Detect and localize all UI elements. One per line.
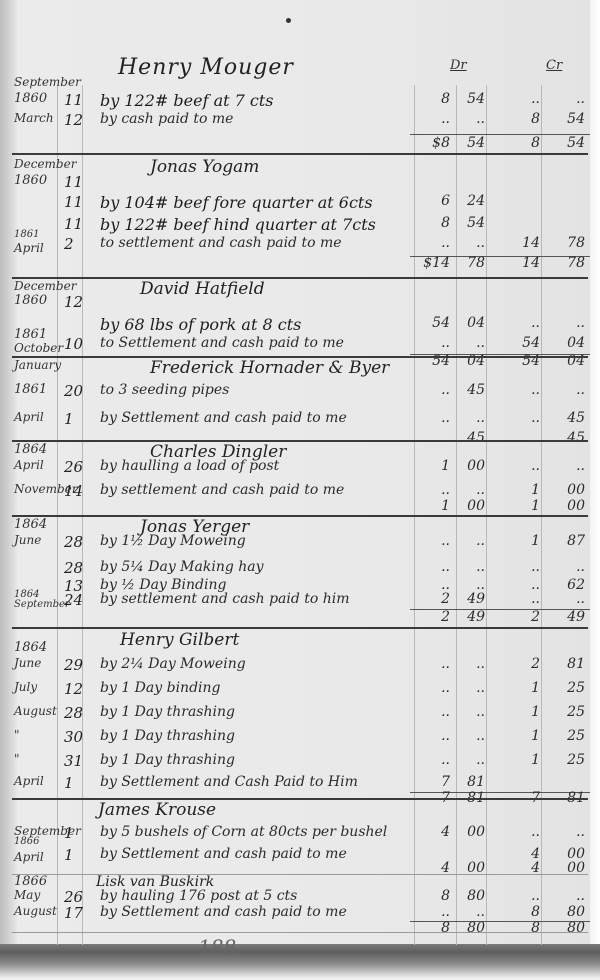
credit-cents: 54 — [545, 111, 585, 127]
debit-dollars: .. — [410, 410, 450, 426]
account-total: $14 78 14 78 — [0, 255, 600, 275]
credit-dollars: .. — [500, 91, 540, 107]
ledger-page-scan: Dr Cr Henry Mouger September 1860 11 by … — [0, 0, 600, 980]
entry-description: by settlement and cash paid to him — [100, 591, 350, 607]
total-credit-cents: 78 — [545, 255, 585, 271]
entry-description: to settlement and cash paid to me — [100, 235, 342, 251]
entry-day: 28 — [64, 704, 83, 722]
account-separator — [12, 153, 588, 155]
debit-cents: 00 — [445, 824, 485, 840]
debit-cents: .. — [445, 111, 485, 127]
debit-dollars: 8 — [410, 888, 450, 904]
credit-dollars: .. — [500, 591, 540, 607]
debit-cents: .. — [445, 410, 485, 426]
total-credit-cents: 49 — [545, 609, 585, 625]
credit-cents: 25 — [545, 704, 585, 720]
ledger-entry: 1860 12 — [0, 293, 600, 313]
credit-column-header: Cr — [546, 58, 562, 73]
ledger-entry: August 28 by 1 Day thrashing .. .. 1 25 — [0, 704, 600, 724]
entry-month: June — [14, 533, 41, 547]
total-debit-dollars: $14 — [410, 255, 450, 271]
credit-cents: 87 — [545, 533, 585, 549]
debit-dollars: .. — [410, 382, 450, 398]
debit-cents: .. — [445, 904, 485, 920]
credit-dollars: 14 — [500, 235, 540, 251]
entry-month: April — [14, 241, 44, 255]
debit-cents: .. — [445, 752, 485, 768]
credit-dollars: .. — [500, 559, 540, 575]
debit-dollars: .. — [410, 904, 450, 920]
credit-cents: 80 — [545, 904, 585, 920]
entry-day: 28 — [64, 559, 83, 577]
entry-description: by 1 Day thrashing — [100, 752, 235, 768]
ledger-entry: June 29 by 2¼ Day Moweing .. .. 2 81 — [0, 656, 600, 676]
ledger-entry: 1861 April 2 to settlement and cash paid… — [0, 235, 600, 255]
credit-dollars: 2 — [500, 656, 540, 672]
entry-description: by 5¼ Day Making hay — [100, 559, 264, 575]
entry-description: by 1 Day thrashing — [100, 728, 235, 744]
total-credit-dollars: 1 — [500, 498, 540, 514]
entry-day: 2 — [64, 235, 74, 253]
debit-dollars: .. — [410, 728, 450, 744]
ledger-entry: April 1 by Settlement and cash paid to m… — [0, 410, 600, 430]
ledger-entry: March 12 by cash paid to me .. .. 8 54 — [0, 111, 600, 131]
page-bottom-rule — [12, 932, 588, 933]
debit-column-header: Dr — [450, 58, 467, 73]
entry-month: " — [14, 728, 20, 742]
total-credit-cents: 54 — [545, 135, 585, 151]
credit-cents: 04 — [545, 335, 585, 351]
entry-day: 28 — [64, 533, 83, 551]
ledger-entry: by 68 lbs of pork at 8 cts 54 04 .. .. — [0, 315, 600, 335]
debit-dollars: 6 — [410, 193, 450, 209]
entry-day: 11 — [64, 215, 83, 233]
entry-day: 31 — [64, 752, 83, 770]
account-name: James Krouse — [98, 800, 216, 820]
entry-day: 11 — [64, 193, 83, 211]
debit-dollars: .. — [410, 533, 450, 549]
debit-cents: .. — [445, 680, 485, 696]
entry-month: April — [14, 410, 44, 424]
entry-month: January — [14, 358, 61, 372]
entry-month: December — [14, 279, 76, 293]
ledger-entry: 1860 11 by 122# beef at 7 cts 8 54 .. .. — [0, 91, 600, 111]
entry-description: by Settlement and cash paid to me — [100, 904, 347, 920]
credit-cents: .. — [545, 91, 585, 107]
entry-year: 1864 — [14, 640, 47, 655]
debit-cents: .. — [445, 335, 485, 351]
credit-dollars: 1 — [500, 728, 540, 744]
entry-description: by cash paid to me — [100, 111, 233, 127]
credit-cents: .. — [545, 591, 585, 607]
ledger-entry: 1860 11 — [0, 173, 600, 193]
debit-dollars: .. — [410, 111, 450, 127]
credit-cents: 25 — [545, 728, 585, 744]
debit-cents: 45 — [445, 382, 485, 398]
entry-description: by 104# beef fore quarter at 6cts — [100, 193, 373, 212]
total-debit-dollars: $8 — [410, 135, 450, 151]
total-credit-cents: 00 — [545, 498, 585, 514]
debit-dollars: .. — [410, 752, 450, 768]
ledger-entry: 1864 September 24 by settlement and cash… — [0, 591, 600, 611]
entry-month: December — [14, 157, 76, 171]
total-debit-dollars: 1 — [410, 498, 450, 514]
debit-cents: .. — [445, 728, 485, 744]
book-cover-edge — [0, 944, 600, 980]
credit-dollars: 54 — [500, 335, 540, 351]
total-credit-dollars: 2 — [500, 609, 540, 625]
debit-cents: 81 — [445, 774, 485, 790]
entry-description: by 68 lbs of pork at 8 cts — [100, 315, 301, 334]
entry-year: 1861 — [14, 229, 39, 240]
debit-cents: .. — [445, 482, 485, 498]
entry-day: 12 — [64, 111, 83, 129]
entry-day: 20 — [64, 382, 83, 400]
ledger-entry: July 12 by 1 Day binding .. .. 1 25 — [0, 680, 600, 700]
entry-day: 12 — [64, 293, 83, 311]
total-debit-cents: 80 — [445, 920, 485, 936]
entry-description: by 2¼ Day Moweing — [100, 656, 246, 672]
entry-year: 1860 — [14, 91, 47, 106]
credit-dollars: .. — [500, 410, 540, 426]
total-credit-cents: 80 — [545, 920, 585, 936]
debit-dollars: 8 — [410, 215, 450, 231]
total-debit-cents: 49 — [445, 609, 485, 625]
entry-description: by 1 Day binding — [100, 680, 220, 696]
total-credit-dollars: 14 — [500, 255, 540, 271]
debit-dollars: 2 — [410, 591, 450, 607]
page-number-mark: 188 — [198, 935, 236, 959]
ledger-entry: January — [0, 358, 600, 378]
entry-day: 1 — [64, 824, 74, 842]
total-debit-dollars: 2 — [410, 609, 450, 625]
ledger-entry: 28 by 5¼ Day Making hay .. .. .. .. — [0, 559, 600, 579]
ledger-entry: 1861 October 10 to Settlement and cash p… — [0, 335, 600, 355]
entry-description: by 1½ Day Moweing — [100, 533, 246, 549]
credit-cents: 81 — [545, 656, 585, 672]
total-debit-cents: 54 — [445, 135, 485, 151]
debit-dollars: .. — [410, 704, 450, 720]
debit-cents: 49 — [445, 591, 485, 607]
credit-dollars: .. — [500, 315, 540, 331]
credit-dollars: .. — [500, 382, 540, 398]
ledger-entry: June 28 by 1½ Day Moweing .. .. 1 87 — [0, 533, 600, 553]
entry-description: by Settlement and Cash Paid to Him — [100, 774, 358, 790]
entry-day: 10 — [64, 335, 83, 353]
debit-cents: .. — [445, 559, 485, 575]
entry-description: by 122# beef hind quarter at 7cts — [100, 215, 376, 234]
ledger-entry: 11 by 104# beef fore quarter at 6cts 6 2… — [0, 193, 600, 213]
entry-day: 30 — [64, 728, 83, 746]
credit-dollars: 1 — [500, 680, 540, 696]
debit-dollars: .. — [410, 559, 450, 575]
credit-cents: 25 — [545, 680, 585, 696]
entry-day: 12 — [64, 680, 83, 698]
account-total: 2 49 2 49 — [0, 609, 600, 629]
debit-cents: .. — [445, 533, 485, 549]
entry-year: 1866 — [14, 874, 47, 889]
entry-month: April — [14, 458, 44, 472]
entry-month: April — [14, 774, 44, 788]
credit-dollars: .. — [500, 888, 540, 904]
entry-month: March — [14, 111, 54, 125]
debit-cents: 04 — [445, 315, 485, 331]
ink-dot — [286, 18, 291, 23]
account-total: 8 80 8 80 — [0, 920, 600, 940]
credit-cents: .. — [545, 559, 585, 575]
entry-description: to Settlement and cash paid to me — [100, 335, 344, 351]
entry-year: 1864 — [14, 442, 47, 457]
debit-cents: .. — [445, 235, 485, 251]
credit-cents: 78 — [545, 235, 585, 251]
total-debit-cents: 00 — [445, 498, 485, 514]
debit-dollars: .. — [410, 235, 450, 251]
credit-dollars: 1 — [500, 752, 540, 768]
debit-dollars: 8 — [410, 91, 450, 107]
debit-dollars: .. — [410, 680, 450, 696]
entry-month: August — [14, 704, 57, 718]
total-credit-dollars: 8 — [500, 135, 540, 151]
debit-dollars: 7 — [410, 774, 450, 790]
entry-description: to 3 seeding pipes — [100, 382, 229, 398]
credit-cents: .. — [545, 824, 585, 840]
entry-day: 11 — [64, 91, 83, 109]
ledger-entry: " 31 by 1 Day thrashing .. .. 1 25 — [0, 752, 600, 772]
debit-cents: .. — [445, 656, 485, 672]
total-debit-cents: 78 — [445, 255, 485, 271]
total-credit-dollars: 8 — [500, 920, 540, 936]
entry-year: 1860 — [14, 173, 47, 188]
entry-month: " — [14, 752, 20, 766]
credit-cents: .. — [545, 458, 585, 474]
entry-year: 1860 — [14, 293, 47, 308]
total-debit-dollars: 8 — [410, 920, 450, 936]
entry-description: by hauling 176 post at 5 cts — [100, 888, 297, 904]
entry-month: May — [14, 888, 40, 902]
credit-dollars: 8 — [500, 904, 540, 920]
credit-cents: 25 — [545, 752, 585, 768]
ledger-entry: September 1 by 5 bushels of Corn at 80ct… — [0, 824, 600, 844]
ledger-entry: 11 by 122# beef hind quarter at 7cts 8 5… — [0, 215, 600, 235]
entry-year: 1861 — [14, 327, 47, 342]
credit-dollars: .. — [500, 458, 540, 474]
credit-dollars: .. — [500, 824, 540, 840]
entry-description: by 1 Day thrashing — [100, 704, 235, 720]
debit-cents: 00 — [445, 458, 485, 474]
entry-day: 24 — [64, 591, 83, 609]
entry-day: 11 — [64, 173, 83, 191]
credit-cents: .. — [545, 315, 585, 331]
credit-dollars: 1 — [500, 704, 540, 720]
debit-dollars: .. — [410, 335, 450, 351]
debit-dollars: .. — [410, 482, 450, 498]
entry-month: August — [14, 904, 57, 918]
entry-description: by 122# beef at 7 cts — [100, 91, 274, 110]
credit-cents: .. — [545, 382, 585, 398]
credit-dollars: 1 — [500, 482, 540, 498]
ledger-entry: April 26 by haulling a load of post 1 00… — [0, 458, 600, 478]
credit-dollars: 1 — [500, 533, 540, 549]
debit-cents: 54 — [445, 215, 485, 231]
credit-cents: .. — [545, 888, 585, 904]
entry-year: 1864 — [14, 517, 47, 532]
credit-cents: 45 — [545, 410, 585, 426]
credit-cents: 00 — [545, 482, 585, 498]
debit-dollars: 4 — [410, 824, 450, 840]
debit-cents: 24 — [445, 193, 485, 209]
entry-year: 1861 — [14, 382, 47, 397]
entry-month: July — [14, 680, 37, 694]
debit-cents: 80 — [445, 888, 485, 904]
ledger-entry: " 30 by 1 Day thrashing .. .. 1 25 — [0, 728, 600, 748]
account-separator — [12, 627, 588, 629]
debit-dollars: 1 — [410, 458, 450, 474]
entry-month: June — [14, 656, 41, 670]
entry-description: by settlement and cash paid to me — [100, 482, 344, 498]
entry-year: 1866 — [14, 836, 39, 847]
debit-cents: .. — [445, 704, 485, 720]
account-total: $8 54 8 54 — [0, 135, 600, 155]
entry-description: by Settlement and cash paid to me — [100, 410, 347, 426]
credit-dollars: 8 — [500, 111, 540, 127]
entry-description: by haulling a load of post — [100, 458, 279, 474]
entry-month: September — [14, 75, 81, 89]
debit-cents: 54 — [445, 91, 485, 107]
entry-day: 26 — [64, 458, 83, 476]
entry-day: 1 — [64, 410, 74, 428]
entry-day: 29 — [64, 656, 83, 674]
debit-dollars: .. — [410, 656, 450, 672]
entry-description: by 5 bushels of Corn at 80cts per bushel — [100, 824, 387, 840]
ledger-entry: 1861 20 to 3 seeding pipes .. 45 .. .. — [0, 382, 600, 402]
debit-dollars: 54 — [410, 315, 450, 331]
account-total: 7 81 7 81 — [0, 790, 600, 810]
